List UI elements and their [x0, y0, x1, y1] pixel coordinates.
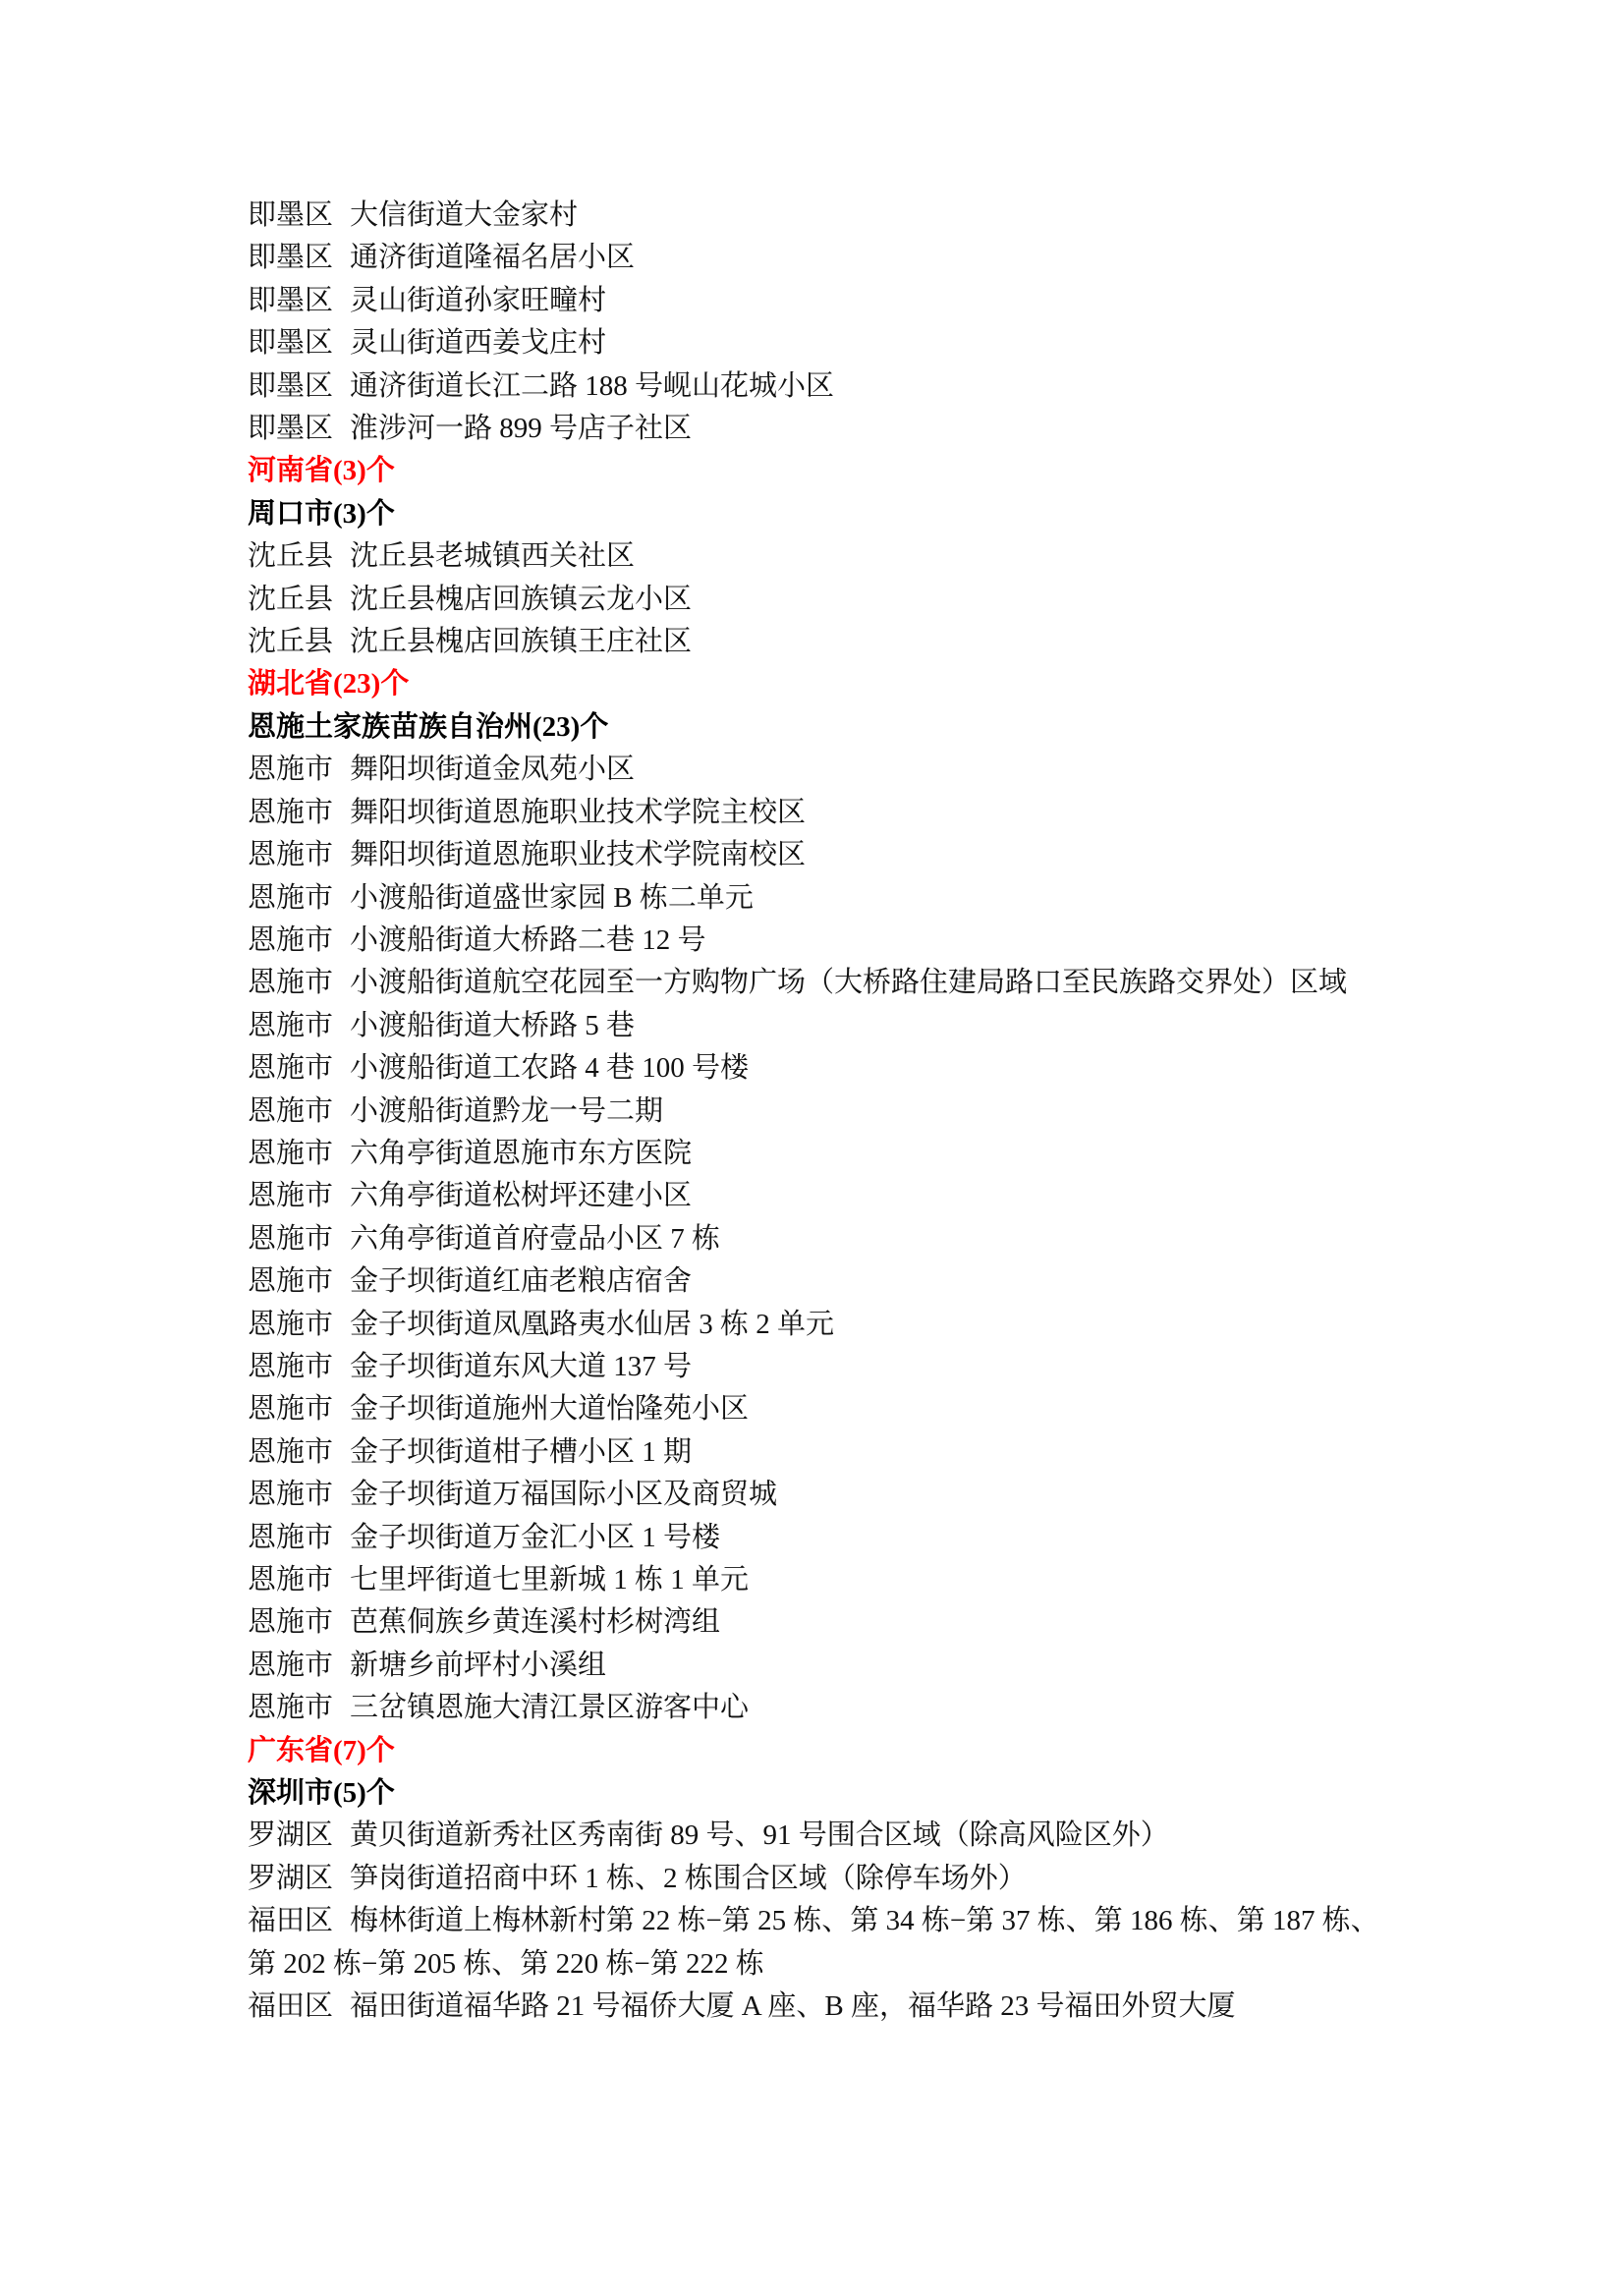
list-item: 恩施市金子坝街道柑子槽小区 1 期 — [248, 1431, 1397, 1474]
item-list: 即墨区大信街道大金家村 即墨区通济街道隆福名居小区 即墨区灵山街道孙家旺疃村 即… — [248, 195, 1397, 450]
province-heading: 湖北省(23)个 — [248, 663, 1397, 705]
address: 灵山街道孙家旺疃村 — [350, 285, 606, 316]
address: 笋岗街道招商中环 1 栋、2 栋围合区域（除停车场外） — [350, 1863, 1027, 1894]
address: 金子坝街道万金汇小区 1 号楼 — [350, 1522, 720, 1553]
district-name: 恩施市 — [248, 1606, 333, 1638]
address: 金子坝街道施州大道怡隆苑小区 — [350, 1393, 749, 1425]
district-name: 沈丘县 — [248, 540, 333, 572]
list-item: 恩施市金子坝街道万金汇小区 1 号楼 — [248, 1517, 1397, 1559]
address: 六角亭街道首府壹品小区 7 栋 — [350, 1223, 720, 1255]
list-item: 罗湖区黄贝街道新秀社区秀南街 89 号、91 号围合区域（除高风险区外） — [248, 1815, 1397, 1857]
list-item: 福田区福田街道福华路 21 号福侨大厦 A 座、B 座，福华路 23 号福田外贸… — [248, 1986, 1397, 2028]
list-item: 沈丘县沈丘县槐店回族镇云龙小区 — [248, 579, 1397, 621]
list-item: 沈丘县沈丘县老城镇西关社区 — [248, 535, 1397, 578]
list-item: 即墨区通济街道长江二路 188 号岘山花城小区 — [248, 365, 1397, 408]
district-name: 恩施市 — [248, 1095, 333, 1127]
list-item: 恩施市小渡船街道工农路 4 巷 100 号楼 — [248, 1047, 1397, 1090]
list-item: 恩施市六角亭街道恩施市东方医院 — [248, 1133, 1397, 1175]
list-item: 恩施市金子坝街道万福国际小区及商贸城 — [248, 1474, 1397, 1516]
address: 小渡船街道大桥路二巷 12 号 — [350, 924, 706, 956]
district-name: 恩施市 — [248, 1180, 333, 1211]
district-name: 即墨区 — [248, 370, 333, 402]
list-item: 恩施市金子坝街道凤凰路夷水仙居 3 栋 2 单元 — [248, 1304, 1397, 1346]
district-name: 恩施市 — [248, 1052, 333, 1084]
province-heading: 河南省(3)个 — [248, 450, 1397, 492]
list-item: 即墨区灵山街道孙家旺疃村 — [248, 280, 1397, 322]
address: 梅林街道上梅林新村第 22 栋−第 25 栋、第 34 栋−第 37 栋、第 1… — [248, 1905, 1379, 1979]
list-item: 恩施市芭蕉侗族乡黄连溪村杉树湾组 — [248, 1601, 1397, 1644]
district-name: 恩施市 — [248, 1309, 333, 1340]
district-name: 恩施市 — [248, 1265, 333, 1297]
address: 小渡船街道盛世家园 B 栋二单元 — [350, 882, 754, 914]
address: 沈丘县槐店回族镇王庄社区 — [350, 626, 692, 657]
district-name: 沈丘县 — [248, 584, 333, 615]
address: 淮涉河一路 899 号店子社区 — [350, 413, 692, 444]
list-item: 恩施市新塘乡前坪村小溪组 — [248, 1645, 1397, 1687]
district-name: 恩施市 — [248, 839, 333, 870]
list-item: 恩施市舞阳坝街道恩施职业技术学院南校区 — [248, 834, 1397, 876]
list-item: 恩施市金子坝街道东风大道 137 号 — [248, 1346, 1397, 1388]
item-list: 沈丘县沈丘县老城镇西关社区 沈丘县沈丘县槐店回族镇云龙小区 沈丘县沈丘县槐店回族… — [248, 535, 1397, 663]
address: 通济街道隆福名居小区 — [350, 242, 635, 273]
district-name: 恩施市 — [248, 1393, 333, 1425]
address: 大信街道大金家村 — [350, 199, 578, 231]
address: 舞阳坝街道恩施职业技术学院主校区 — [350, 797, 806, 828]
address: 灵山街道西姜戈庄村 — [350, 327, 606, 359]
list-item: 恩施市六角亭街道首府壹品小区 7 栋 — [248, 1218, 1397, 1260]
district-name: 恩施市 — [248, 1522, 333, 1553]
city-heading: 周口市(3)个 — [248, 493, 1397, 535]
address: 黄贝街道新秀社区秀南街 89 号、91 号围合区域（除高风险区外） — [350, 1819, 1169, 1851]
address: 六角亭街道恩施市东方医院 — [350, 1138, 692, 1169]
address: 金子坝街道东风大道 137 号 — [350, 1351, 692, 1382]
address: 福田街道福华路 21 号福侨大厦 A 座、B 座，福华路 23 号福田外贸大厦 — [350, 1990, 1235, 2022]
address: 舞阳坝街道金凤苑小区 — [350, 754, 635, 785]
list-item: 恩施市三岔镇恩施大清江景区游客中心 — [248, 1687, 1397, 1729]
list-item: 恩施市小渡船街道盛世家园 B 栋二单元 — [248, 877, 1397, 920]
list-item: 福田区梅林街道上梅林新村第 22 栋−第 25 栋、第 34 栋−第 37 栋、… — [248, 1900, 1397, 1986]
list-item: 恩施市小渡船街道黔龙一号二期 — [248, 1091, 1397, 1133]
address: 金子坝街道柑子槽小区 1 期 — [350, 1436, 692, 1468]
item-list: 恩施市舞阳坝街道金凤苑小区 恩施市舞阳坝街道恩施职业技术学院主校区 恩施市舞阳坝… — [248, 749, 1397, 1729]
list-item: 恩施市金子坝街道红庙老粮店宿舍 — [248, 1260, 1397, 1303]
district-name: 沈丘县 — [248, 626, 333, 657]
address: 芭蕉侗族乡黄连溪村杉树湾组 — [350, 1606, 720, 1638]
list-item: 恩施市小渡船街道航空花园至一方购物广场（大桥路住建局路口至民族路交界处）区域 — [248, 962, 1397, 1004]
list-item: 沈丘县沈丘县槐店回族镇王庄社区 — [248, 621, 1397, 663]
address: 舞阳坝街道恩施职业技术学院南校区 — [350, 839, 806, 870]
district-name: 罗湖区 — [248, 1819, 333, 1851]
address: 沈丘县槐店回族镇云龙小区 — [350, 584, 692, 615]
district-name: 即墨区 — [248, 199, 333, 231]
address: 三岔镇恩施大清江景区游客中心 — [350, 1692, 749, 1723]
address: 小渡船街道工农路 4 巷 100 号楼 — [350, 1052, 749, 1084]
district-name: 恩施市 — [248, 1564, 333, 1595]
province-heading: 广东省(7)个 — [248, 1730, 1397, 1772]
address: 小渡船街道大桥路 5 巷 — [350, 1010, 635, 1041]
district-name: 恩施市 — [248, 882, 333, 914]
list-item: 罗湖区笋岗街道招商中环 1 栋、2 栋围合区域（除停车场外） — [248, 1858, 1397, 1900]
district-name: 恩施市 — [248, 1479, 333, 1510]
list-item: 恩施市七里坪街道七里新城 1 栋 1 单元 — [248, 1559, 1397, 1601]
district-name: 恩施市 — [248, 754, 333, 785]
address: 新塘乡前坪村小溪组 — [350, 1650, 606, 1681]
district-name: 即墨区 — [248, 285, 333, 316]
address: 沈丘县老城镇西关社区 — [350, 540, 635, 572]
district-name: 恩施市 — [248, 1010, 333, 1041]
address: 金子坝街道红庙老粮店宿舍 — [350, 1265, 692, 1297]
district-name: 恩施市 — [248, 1223, 333, 1255]
district-name: 恩施市 — [248, 1650, 333, 1681]
district-name: 恩施市 — [248, 924, 333, 956]
city-heading: 恩施土家族苗族自治州(23)个 — [248, 706, 1397, 749]
district-name: 即墨区 — [248, 327, 333, 359]
list-item: 即墨区大信街道大金家村 — [248, 195, 1397, 237]
district-name: 恩施市 — [248, 967, 333, 998]
list-item: 即墨区灵山街道西姜戈庄村 — [248, 322, 1397, 364]
address: 金子坝街道万福国际小区及商贸城 — [350, 1479, 777, 1510]
district-name: 即墨区 — [248, 413, 333, 444]
document-body: 即墨区大信街道大金家村 即墨区通济街道隆福名居小区 即墨区灵山街道孙家旺疃村 即… — [248, 195, 1397, 2028]
district-name: 即墨区 — [248, 242, 333, 273]
district-name: 罗湖区 — [248, 1863, 333, 1894]
address: 通济街道长江二路 188 号岘山花城小区 — [350, 370, 834, 402]
district-name: 恩施市 — [248, 1138, 333, 1169]
district-name: 福田区 — [248, 1990, 333, 2022]
list-item: 即墨区通济街道隆福名居小区 — [248, 237, 1397, 279]
list-item: 即墨区淮涉河一路 899 号店子社区 — [248, 408, 1397, 450]
city-heading: 深圳市(5)个 — [248, 1772, 1397, 1815]
address: 小渡船街道航空花园至一方购物广场（大桥路住建局路口至民族路交界处）区域 — [350, 967, 1347, 998]
address: 七里坪街道七里新城 1 栋 1 单元 — [350, 1564, 749, 1595]
address: 六角亭街道松树坪还建小区 — [350, 1180, 692, 1211]
list-item: 恩施市舞阳坝街道恩施职业技术学院主校区 — [248, 792, 1397, 834]
district-name: 恩施市 — [248, 1692, 333, 1723]
list-item: 恩施市舞阳坝街道金凤苑小区 — [248, 749, 1397, 791]
address: 金子坝街道凤凰路夷水仙居 3 栋 2 单元 — [350, 1309, 834, 1340]
list-item: 恩施市六角亭街道松树坪还建小区 — [248, 1175, 1397, 1217]
district-name: 福田区 — [248, 1905, 333, 1936]
item-list: 罗湖区黄贝街道新秀社区秀南街 89 号、91 号围合区域（除高风险区外） 罗湖区… — [248, 1815, 1397, 2028]
district-name: 恩施市 — [248, 797, 333, 828]
list-item: 恩施市小渡船街道大桥路二巷 12 号 — [248, 920, 1397, 962]
address: 小渡船街道黔龙一号二期 — [350, 1095, 663, 1127]
list-item: 恩施市小渡船街道大桥路 5 巷 — [248, 1005, 1397, 1047]
district-name: 恩施市 — [248, 1351, 333, 1382]
district-name: 恩施市 — [248, 1436, 333, 1468]
list-item: 恩施市金子坝街道施州大道怡隆苑小区 — [248, 1388, 1397, 1430]
